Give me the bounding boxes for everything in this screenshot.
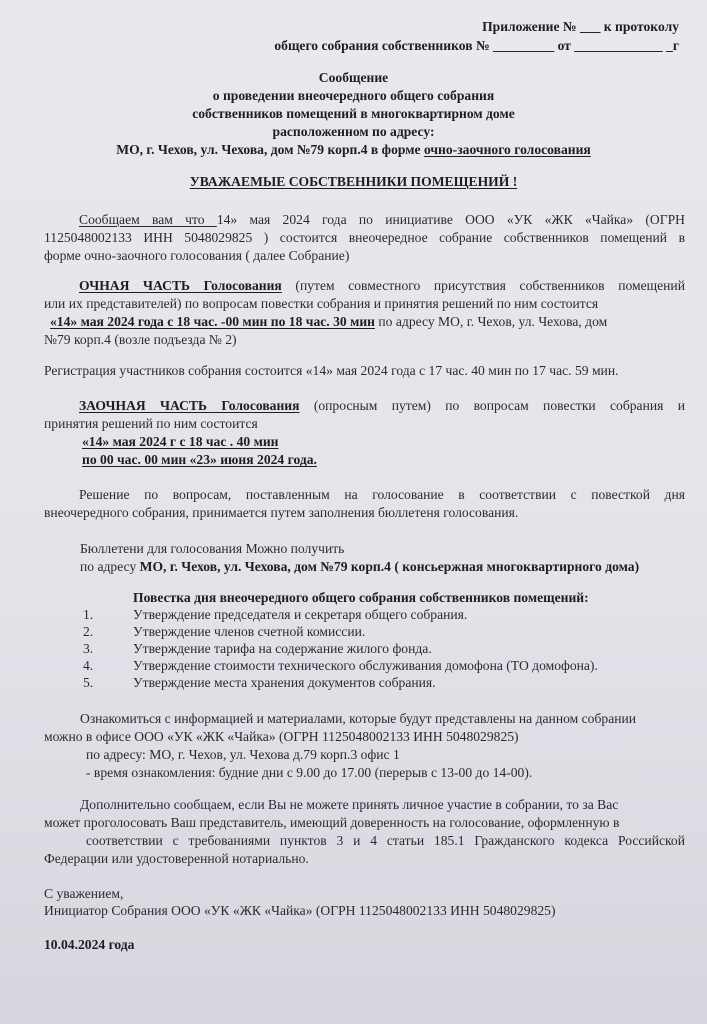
voting-form: очно-заочного голосования <box>424 142 591 157</box>
appendix-line: Приложение № ___ к протоколу <box>482 18 679 35</box>
in-person-line-4: №79 корп.4 (возле подъезда № 2) <box>44 331 237 348</box>
in-person-line-2: или их представителей) по вопросам повес… <box>44 295 598 312</box>
materials-line-4: - время ознакомления: будние дни с 9.00 … <box>86 764 532 781</box>
agenda-item-text: Утверждение председателя и секретаря общ… <box>133 606 467 623</box>
proxy-line-4: Федерации или удостоверенной нотариально… <box>44 850 309 867</box>
materials-line-3: по адресу: МО, г. Чехов, ул. Чехова д.79… <box>86 746 400 763</box>
intro-line-3: форме очно-заочного голосования ( далее … <box>44 247 349 264</box>
agenda-item-text: Утверждение стоимости технического обслу… <box>133 657 598 674</box>
absentee-heading: ЗАОЧНАЯ ЧАСТЬ Голосования <box>79 398 300 413</box>
intro-line-2: 1125048002133 ИНН 5048029825 ) состоится… <box>44 229 685 246</box>
initiator: Инициатор Собрания ООО «УК «ЖК «Чайка» (… <box>44 902 555 919</box>
doc-address: МО, г. Чехов, ул. Чехова, дом №79 корп.4… <box>0 141 707 158</box>
ballots-line-1: Бюллетени для голосования Можно получить <box>80 540 344 557</box>
proxy-line-1: Дополнительно сообщаем, если Вы не может… <box>80 796 618 813</box>
decision-line-1: Решение по вопросам, поставленным на гол… <box>44 486 685 503</box>
absentee-line-2: принятия решений по ним состоится <box>44 415 258 432</box>
agenda-item-number: 5. <box>83 674 93 691</box>
in-person-heading: ОЧНАЯ ЧАСТЬ Голосования <box>79 278 282 293</box>
agenda-item-text: Утверждение тарифа на содержание жилого … <box>133 640 432 657</box>
address-prefix: МО, г. Чехов, ул. Чехова, дом №79 корп.4… <box>116 142 424 157</box>
agenda-item-text: Утверждение членов счетной комиссии. <box>133 623 365 640</box>
proxy-line-2: может проголосовать Ваш представитель, и… <box>44 814 619 831</box>
greeting: УВАЖАЕМЫЕ СОБСТВЕННИКИ ПОМЕЩЕНИЙ ! <box>0 173 707 190</box>
doc-subtitle-2: собственников помещений в многоквартирно… <box>0 105 707 122</box>
agenda-item-number: 1. <box>83 606 93 623</box>
agenda-item: 1. Утверждение председателя и секретаря … <box>0 606 707 623</box>
doc-subtitle-3: расположенном по адресу: <box>0 123 707 140</box>
agenda-item-number: 4. <box>83 657 93 674</box>
in-person-line-3: «14» мая 2024 года с 18 час. -00 мин по … <box>44 313 607 330</box>
agenda-heading: Повестка дня внеочередного общего собран… <box>133 589 589 606</box>
regards: С уважением, <box>44 885 123 902</box>
agenda-item: 2. Утверждение членов счетной комиссии. <box>0 623 707 640</box>
agenda-item-number: 2. <box>83 623 93 640</box>
absentee-line-1: ЗАОЧНАЯ ЧАСТЬ Голосования (опросным путе… <box>44 397 685 414</box>
document-page: Приложение № ___ к протоколу общего собр… <box>0 0 707 1024</box>
absentee-end: по 00 час. 00 мин «23» июня 2024 года. <box>82 451 317 468</box>
intro-lead: Сообщаем вам что <box>79 212 217 227</box>
ballots-line-2: по адресу МО, г. Чехов, ул. Чехова, дом … <box>80 558 639 575</box>
decision-line-2: внеочередного собрания, принимается путе… <box>44 504 518 521</box>
in-person-datetime: «14» мая 2024 года с 18 час. -00 мин по … <box>50 314 375 329</box>
protocol-line: общего собрания собственников № ________… <box>274 37 679 54</box>
in-person-line-1: ОЧНАЯ ЧАСТЬ Голосования (путем совместно… <box>44 277 685 294</box>
agenda-item: 3. Утверждение тарифа на содержание жило… <box>0 640 707 657</box>
registration-text: Регистрация участников собрания состоитс… <box>44 362 619 379</box>
agenda-item: 4. Утверждение стоимости технического об… <box>0 657 707 674</box>
materials-line-2: можно в офисе ООО «УК «ЖК «Чайка» (ОГРН … <box>44 728 519 745</box>
doc-subtitle-1: о проведении внеочередного общего собран… <box>0 87 707 104</box>
agenda-item-number: 3. <box>83 640 93 657</box>
agenda-item: 5. Утверждение места хранения документов… <box>0 674 707 691</box>
absentee-start: «14» мая 2024 г с 18 час . 40 мин <box>82 433 279 450</box>
doc-title: Сообщение <box>0 69 707 86</box>
materials-line-1: Ознакомиться с информацией и материалами… <box>80 710 636 727</box>
intro-line-1: Сообщаем вам что 14» мая 2024 года по ин… <box>44 211 685 228</box>
agenda-item-text: Утверждение места хранения документов со… <box>133 674 436 691</box>
proxy-line-3: соответствии с требованиями пунктов 3 и … <box>86 832 685 849</box>
ballots-address: МО, г. Чехов, ул. Чехова, дом №79 корп.4… <box>140 559 639 574</box>
document-date: 10.04.2024 года <box>44 936 134 953</box>
